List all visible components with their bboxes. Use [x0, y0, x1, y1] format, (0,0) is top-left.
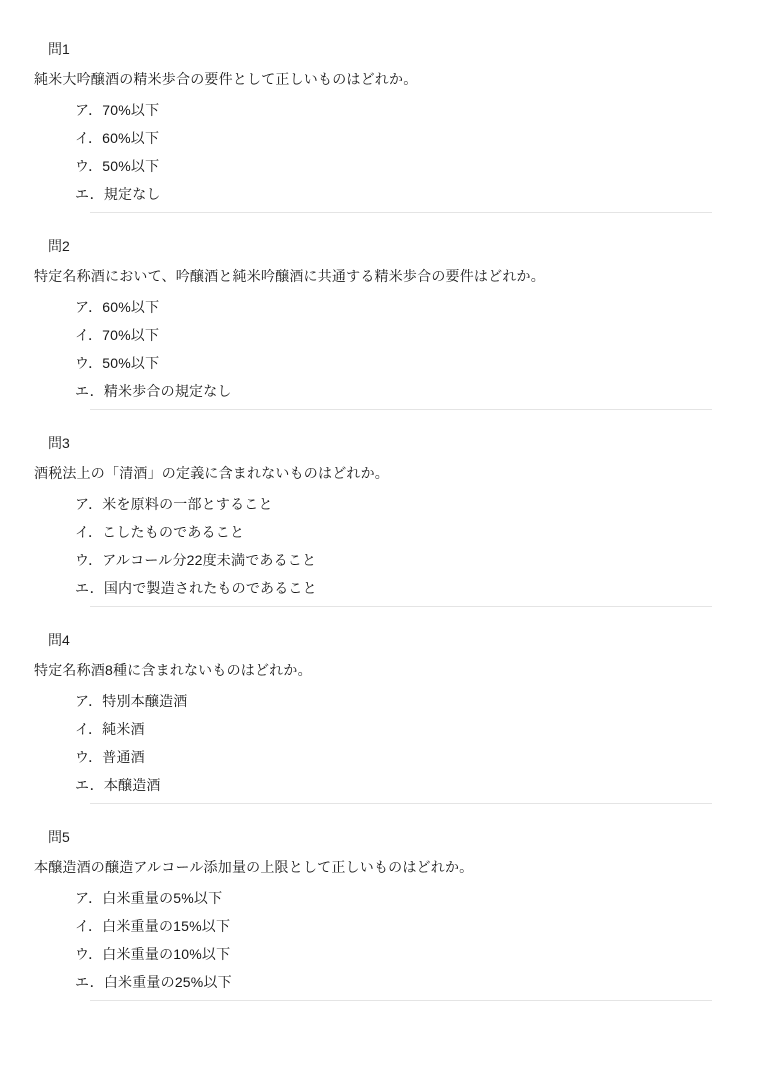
choice-item-e: エ．国内で製造されたものであること [75, 578, 767, 598]
question-block-5: 問5 本醸造酒の醸造アルコール添加量の上限として正しいものはどれか。 ア．白米重… [0, 827, 767, 1001]
choice-item-u: ウ．普通酒 [75, 747, 767, 767]
question-divider [90, 1000, 712, 1001]
question-divider [90, 409, 712, 410]
question-text: 特定名称酒において、吟醸酒と純米吟醸酒に共通する精米歩合の要件はどれか。 [34, 266, 767, 286]
choice-item-u: ウ．50%以下 [75, 156, 767, 176]
question-text: 純米大吟醸酒の精米歩合の要件として正しいものはどれか。 [34, 69, 767, 89]
question-text: 本醸造酒の醸造アルコール添加量の上限として正しいものはどれか。 [34, 857, 767, 877]
question-divider [90, 606, 712, 607]
choices-list: ア．白米重量の5%以下 イ．白米重量の15%以下 ウ．白米重量の10%以下 エ．… [0, 888, 767, 992]
choice-item-i: イ．60%以下 [75, 128, 767, 148]
question-block-2: 問2 特定名称酒において、吟醸酒と純米吟醸酒に共通する精米歩合の要件はどれか。 … [0, 236, 767, 410]
quiz-page: 問1 純米大吟醸酒の精米歩合の要件として正しいものはどれか。 ア．70%以下 イ… [0, 0, 767, 1001]
choice-item-a: ア．白米重量の5%以下 [75, 888, 767, 908]
choice-item-a: ア．70%以下 [75, 100, 767, 120]
question-block-3: 問3 酒税法上の「清酒」の定義に含まれないものはどれか。 ア．米を原料の一部とす… [0, 433, 767, 607]
choice-item-i: イ．こしたものであること [75, 522, 767, 542]
choice-item-e: エ．白米重量の25%以下 [75, 972, 767, 992]
choice-item-e: エ．精米歩合の規定なし [75, 381, 767, 401]
choice-item-a: ア．特別本醸造酒 [75, 691, 767, 711]
choice-item-i: イ．純米酒 [75, 719, 767, 739]
question-block-4: 問4 特定名称酒8種に含まれないものはどれか。 ア．特別本醸造酒 イ．純米酒 ウ… [0, 630, 767, 804]
question-number: 問3 [48, 433, 767, 453]
question-text: 酒税法上の「清酒」の定義に含まれないものはどれか。 [34, 463, 767, 483]
question-number: 問5 [48, 827, 767, 847]
choice-item-u: ウ．白米重量の10%以下 [75, 944, 767, 964]
choice-item-i: イ．70%以下 [75, 325, 767, 345]
quiz-document: { "page": { "background_color": "#ffffff… [0, 0, 767, 1080]
question-number: 問4 [48, 630, 767, 650]
question-block-1: 問1 純米大吟醸酒の精米歩合の要件として正しいものはどれか。 ア．70%以下 イ… [0, 39, 767, 213]
choice-item-a: ア．60%以下 [75, 297, 767, 317]
choices-list: ア．70%以下 イ．60%以下 ウ．50%以下 エ．規定なし [0, 100, 767, 204]
question-number: 問1 [48, 39, 767, 59]
choice-item-e: エ．規定なし [75, 184, 767, 204]
question-number: 問2 [48, 236, 767, 256]
choice-item-u: ウ．アルコール分22度未満であること [75, 550, 767, 570]
question-divider [90, 212, 712, 213]
choice-item-a: ア．米を原料の一部とすること [75, 494, 767, 514]
choices-list: ア．特別本醸造酒 イ．純米酒 ウ．普通酒 エ．本醸造酒 [0, 691, 767, 795]
choice-item-e: エ．本醸造酒 [75, 775, 767, 795]
question-text: 特定名称酒8種に含まれないものはどれか。 [34, 660, 767, 680]
question-divider [90, 803, 712, 804]
choice-item-u: ウ．50%以下 [75, 353, 767, 373]
choice-item-i: イ．白米重量の15%以下 [75, 916, 767, 936]
choices-list: ア．60%以下 イ．70%以下 ウ．50%以下 エ．精米歩合の規定なし [0, 297, 767, 401]
choices-list: ア．米を原料の一部とすること イ．こしたものであること ウ．アルコール分22度未… [0, 494, 767, 598]
